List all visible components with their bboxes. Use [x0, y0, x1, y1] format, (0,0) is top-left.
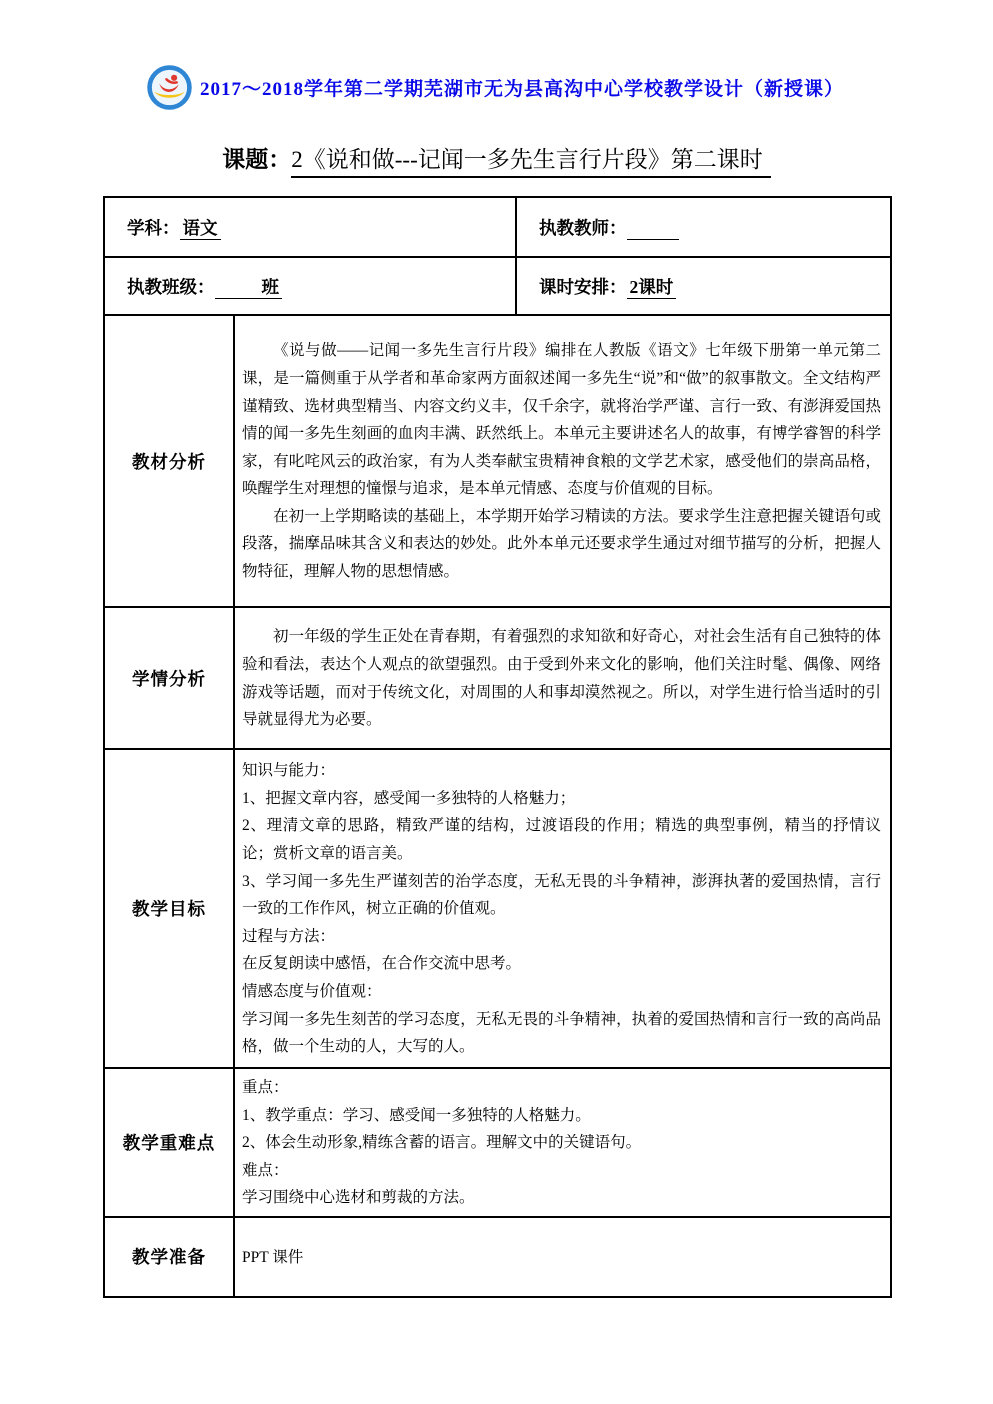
document-header: 2017～2018学年第二学期芜湖市无为县高沟中心学校教学设计（新授课） — [146, 64, 844, 111]
goal-line: 2、理清文章的思路，精致严谨的结构，过渡语段的作用；精选的典型事例，精当的抒情议… — [242, 812, 881, 867]
document-page: 2017～2018学年第二学期芜湖市无为县高沟中心学校教学设计（新授课） 课题：… — [0, 0, 993, 1404]
goal-line: 过程与方法： — [242, 923, 881, 951]
paragraph: 《说与做——记闻一多先生言行片段》编排在人教版《语文》七年级下册第一单元第二课，… — [242, 337, 881, 503]
section-content-textbook-analysis: 《说与做——记闻一多先生言行片段》编排在人教版《语文》七年级下册第一单元第二课，… — [234, 315, 891, 607]
section-content-key-difficult-points: 重点： 1、教学重点：学习、感受闻一多独特的人格魅力。 2、体会生动形象,精练含… — [234, 1068, 891, 1217]
goal-line: 学习闻一多先生刻苦的学习态度，无私无畏的斗争精神，执着的爱国热情和言行一致的高尚… — [242, 1006, 881, 1061]
section-label-textbook-analysis: 教材分析 — [104, 315, 234, 607]
goal-line: 在反复朗读中感悟，在合作交流中思考。 — [242, 950, 881, 978]
point-line: 重点： — [242, 1074, 881, 1102]
preparation-line: PPT 课件 — [242, 1244, 881, 1272]
point-line: 学习围绕中心选材和剪裁的方法。 — [242, 1184, 881, 1212]
class-blank-field — [215, 280, 259, 299]
goal-line: 1、把握文章内容，感受闻一多独特的人格魅力； — [242, 785, 881, 813]
section-row-textbook-analysis: 教材分析 《说与做——记闻一多先生言行片段》编排在人教版《语文》七年级下册第一单… — [104, 315, 891, 607]
section-row-key-difficult-points: 教学重难点 重点： 1、教学重点：学习、感受闻一多独特的人格魅力。 2、体会生动… — [104, 1068, 891, 1217]
point-line: 2、体会生动形象,精练含蓄的语言。理解文中的关键语句。 — [242, 1129, 881, 1157]
point-line: 难点： — [242, 1157, 881, 1185]
section-row-teaching-preparation: 教学准备 PPT 课件 — [104, 1217, 891, 1297]
teacher-cell: 执教教师： — [516, 197, 891, 257]
lesson-title-text: 2《说和做---记闻一多先生言行片段》第二课时 — [291, 147, 770, 178]
section-label-teaching-goals: 教学目标 — [104, 749, 234, 1068]
lesson-plan-table: 学科：语文 执教教师： 执教班级：班 课时安排：2课时 教材分析 《说与做——记… — [103, 196, 892, 1298]
point-line: 1、教学重点：学习、感受闻一多独特的人格魅力。 — [242, 1102, 881, 1130]
section-label-key-difficult-points: 教学重难点 — [104, 1068, 234, 1217]
subject-value: 语文 — [180, 218, 221, 240]
section-content-teaching-goals: 知识与能力： 1、把握文章内容，感受闻一多独特的人格魅力； 2、理清文章的思路，… — [234, 749, 891, 1068]
paragraph: 初一年级的学生正处在青春期，有着强烈的求知欲和好奇心，对社会生活有自己独特的体验… — [242, 623, 881, 733]
goal-line: 情感态度与价值观： — [242, 978, 881, 1006]
teacher-blank-field — [627, 221, 679, 240]
subject-cell: 学科：语文 — [104, 197, 516, 257]
lesson-title-prefix: 课题： — [222, 147, 291, 172]
goal-line: 3、学习闻一多先生严谨刻苦的治学态度，无私无畏的斗争精神，澎湃执著的爱国热情，言… — [242, 868, 881, 923]
goal-line: 知识与能力： — [242, 757, 881, 785]
section-label-learner-analysis: 学情分析 — [104, 607, 234, 749]
paragraph: 在初一上学期略读的基础上，本学期开始学习精读的方法。要求学生注意把握关键语句或段… — [242, 503, 881, 586]
lesson-title: 课题：2《说和做---记闻一多先生言行片段》第二课时 — [0, 141, 993, 174]
info-row-1: 学科：语文 执教教师： — [104, 197, 891, 257]
header-title: 2017～2018学年第二学期芜湖市无为县高沟中心学校教学设计（新授课） — [200, 74, 844, 101]
info-row-2: 执教班级：班 课时安排：2课时 — [104, 257, 891, 315]
teacher-label: 执教教师： — [539, 218, 627, 238]
periods-label: 课时安排： — [539, 277, 627, 297]
school-logo-icon — [146, 64, 193, 111]
section-row-learner-analysis: 学情分析 初一年级的学生正处在青春期，有着强烈的求知欲和好奇心，对社会生活有自己… — [104, 607, 891, 749]
periods-cell: 课时安排：2课时 — [516, 257, 891, 315]
class-label: 执教班级： — [127, 277, 215, 297]
class-suffix: 班 — [259, 277, 283, 299]
section-row-teaching-goals: 教学目标 知识与能力： 1、把握文章内容，感受闻一多独特的人格魅力； 2、理清文… — [104, 749, 891, 1068]
class-cell: 执教班级：班 — [104, 257, 516, 315]
section-label-teaching-preparation: 教学准备 — [104, 1217, 234, 1297]
section-content-learner-analysis: 初一年级的学生正处在青春期，有着强烈的求知欲和好奇心，对社会生活有自己独特的体验… — [234, 607, 891, 749]
periods-value: 2课时 — [627, 277, 677, 299]
section-content-teaching-preparation: PPT 课件 — [234, 1217, 891, 1297]
subject-label: 学科： — [127, 218, 180, 238]
